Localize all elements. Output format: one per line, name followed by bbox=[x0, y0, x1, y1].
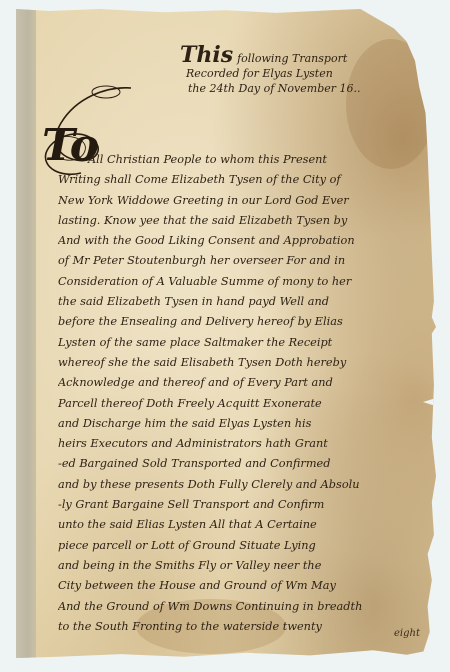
body-line: and by these presents Doth Fully Clerely… bbox=[58, 475, 428, 495]
body-line: -ly Grant Bargaine Sell Transport and Co… bbox=[58, 495, 428, 515]
body-line: All Christian People to whom this Presen… bbox=[58, 150, 428, 170]
body-line: piece parcell or Lott of Ground Situate … bbox=[58, 536, 428, 556]
body-line: Lysten of the same place Saltmaker the R… bbox=[58, 333, 428, 353]
body-line: the said Elizabeth Tysen in hand payd We… bbox=[58, 292, 428, 312]
body-line: Writing shall Come Elizabeth Tysen of th… bbox=[58, 170, 428, 190]
document-scan: Thisfollowing Transport Recorded for Ely… bbox=[0, 0, 450, 672]
heading-line-1: Thisfollowing Transport bbox=[180, 48, 420, 66]
body-line: -ed Bargained Sold Transported and Confi… bbox=[58, 454, 428, 474]
body-line: And with the Good Liking Consent and App… bbox=[58, 231, 428, 251]
body-line: and being in the Smiths Fly or Valley ne… bbox=[58, 556, 428, 576]
body-line: and Discharge him the said Elyas Lysten … bbox=[58, 414, 428, 434]
body-line: to the South Fronting to the waterside t… bbox=[58, 617, 428, 637]
recording-heading: Thisfollowing Transport Recorded for Ely… bbox=[180, 48, 420, 96]
body-line: And the Ground of Wm Downs Continuing in… bbox=[58, 597, 428, 617]
deed-body-text: All Christian People to whom this Presen… bbox=[58, 150, 428, 637]
body-line: whereof she the said Elisabeth Tysen Dot… bbox=[58, 353, 428, 373]
body-line: before the Ensealing and Delivery hereof… bbox=[58, 312, 428, 332]
catchword: eight bbox=[394, 628, 420, 639]
body-line: Acknowledge and thereof and of Every Par… bbox=[58, 373, 428, 393]
body-line: of Mr Peter Stoutenburgh her overseer Fo… bbox=[58, 251, 428, 271]
body-line: lasting. Know yee that the said Elizabet… bbox=[58, 211, 428, 231]
heading-line-2: Recorded for Elyas Lysten bbox=[180, 66, 420, 81]
heading-emphasis: This bbox=[180, 42, 233, 68]
binding-strip bbox=[16, 9, 36, 658]
heading-line-1-rest: following Transport bbox=[237, 52, 347, 65]
body-line: unto the said Elias Lysten All that A Ce… bbox=[58, 515, 428, 535]
body-line: City between the House and Ground of Wm … bbox=[58, 576, 428, 596]
heading-line-3: the 24th Day of November 16.. bbox=[180, 81, 420, 96]
body-line: Parcell thereof Doth Freely Acquitt Exon… bbox=[58, 394, 428, 414]
body-line: Consideration of A Valuable Summe of mon… bbox=[58, 272, 428, 292]
body-line: heirs Executors and Administrators hath … bbox=[58, 434, 428, 454]
body-line: New York Widdowe Greeting in our Lord Go… bbox=[58, 191, 428, 211]
